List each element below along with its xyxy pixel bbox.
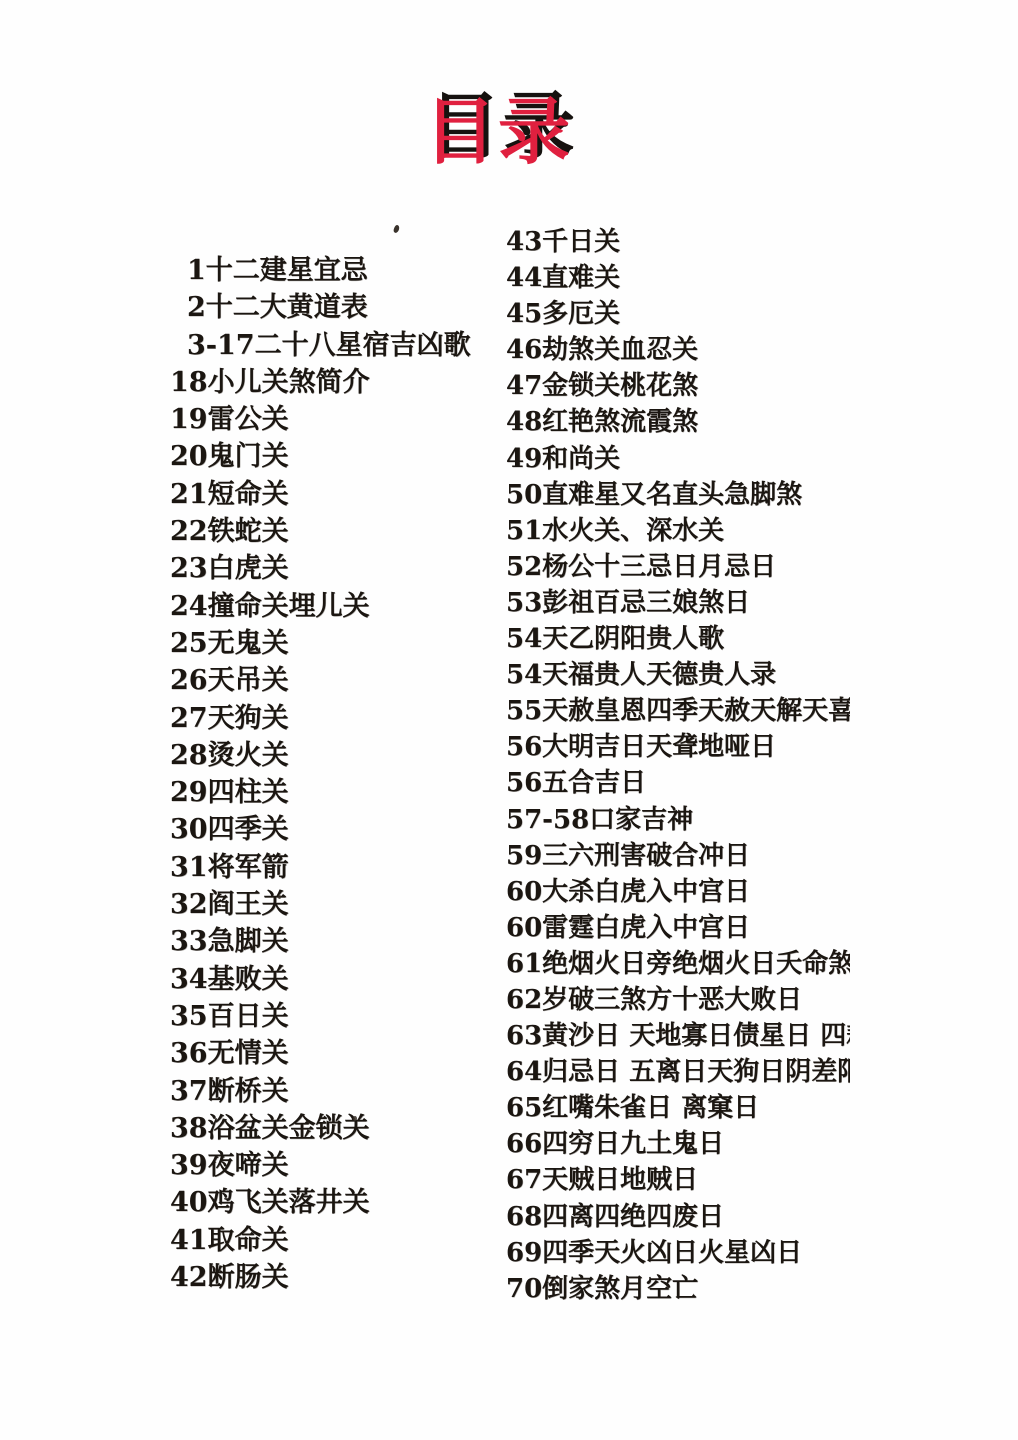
- toc-right-column: 43千日关44直难关45多厄关46劫煞关血忍关47金锁关桃花煞48红艳煞流霞煞4…: [506, 224, 850, 1307]
- toc-entry: 22铁蛇关: [170, 513, 471, 550]
- toc-entry: 27天狗关: [170, 700, 471, 737]
- toc-entry: 59三六刑害破合冲日: [506, 838, 850, 874]
- toc-entry: 37断桥关: [170, 1073, 471, 1110]
- toc-entry: 1十二建星宜忌: [170, 252, 471, 289]
- toc-entry: 54天乙阴阳贵人歌: [506, 621, 850, 657]
- toc-entry: 65红嘴朱雀日 离窠日: [506, 1090, 850, 1126]
- toc-entry: 34基败关: [170, 961, 471, 998]
- toc-entry: 38浴盆关金锁关: [170, 1110, 471, 1147]
- toc-entry: 36无情关: [170, 1035, 471, 1072]
- toc-entry: 60大杀白虎入中宫日: [506, 874, 850, 910]
- toc-entry: 35百日关: [170, 998, 471, 1035]
- toc-entry: 24撞命关埋儿关: [170, 588, 471, 625]
- toc-entry: 40鸡飞关落井关: [170, 1184, 471, 1221]
- toc-entry: 47金锁关桃花煞: [506, 368, 850, 404]
- toc-entry: 52杨公十三忌日月忌日: [506, 549, 850, 585]
- toc-entry: 44直难关: [506, 260, 850, 296]
- toc-entry: 50直难星又名直头急脚煞: [506, 477, 850, 513]
- toc-entry: 63黄沙日 天地寡日债星日 四耗: [506, 1018, 850, 1054]
- scan-speck: [393, 224, 401, 233]
- page-title: 目录 目录: [424, 96, 572, 168]
- toc-entry: 45多厄关: [506, 296, 850, 332]
- toc-entry: 49和尚关: [506, 441, 850, 477]
- toc-entry: 23白虎关: [170, 550, 471, 587]
- toc-entry: 2十二大黄道表: [170, 289, 471, 326]
- toc-entry: 56五合吉日: [506, 765, 850, 801]
- toc-entry: 20鬼门关: [170, 438, 471, 475]
- toc-entry: 25无鬼关: [170, 625, 471, 662]
- toc-entry: 51水火关、深水关: [506, 513, 850, 549]
- toc-entry: 39夜啼关: [170, 1147, 471, 1184]
- toc-entry: 68四离四绝四废日: [506, 1199, 850, 1235]
- toc-entry: 19雷公关: [170, 401, 471, 438]
- scan-speck: [353, 1116, 357, 1121]
- toc-entry: 31将军箭: [170, 849, 471, 886]
- toc-left-column: 1十二建星宜忌2十二大黄道表3-17二十八星宿吉凶歌18小儿关煞简介19雷公关2…: [170, 252, 471, 1296]
- toc-entry: 33急脚关: [170, 923, 471, 960]
- scanned-toc-page: 目录 目录 1十二建星宜忌2十二大黄道表3-17二十八星宿吉凶歌18小儿关煞简介…: [0, 0, 1018, 1440]
- toc-entry: 43千日关: [506, 224, 850, 260]
- page-title-red-layer: 目录: [424, 89, 572, 174]
- toc-entry: 3-17二十八星宿吉凶歌: [170, 327, 471, 364]
- toc-entry: 64归忌日 五离日天狗日阴差阳错: [506, 1054, 850, 1090]
- scan-speck: [278, 895, 281, 899]
- toc-entry: 56大明吉日天聋地哑日: [506, 729, 850, 765]
- toc-entry: 28烫火关: [170, 737, 471, 774]
- toc-entry: 18小儿关煞简介: [170, 364, 471, 401]
- toc-entry: 66四穷日九土鬼日: [506, 1126, 850, 1162]
- toc-entry: 48红艳煞流霞煞: [506, 404, 850, 440]
- toc-entry: 53彭祖百忌三娘煞日: [506, 585, 850, 621]
- toc-entry: 26天吊关: [170, 662, 471, 699]
- toc-entry: 57-58口家吉神: [506, 802, 850, 838]
- toc-entry: 67天贼日地贼日: [506, 1162, 850, 1198]
- toc-entry: 29四柱关: [170, 774, 471, 811]
- toc-entry: 46劫煞关血忍关: [506, 332, 850, 368]
- toc-entry: 62岁破三煞方十恶大败日: [506, 982, 850, 1018]
- toc-entry: 42断肠关: [170, 1259, 471, 1296]
- toc-entry: 30四季关: [170, 811, 471, 848]
- toc-entry: 21短命关: [170, 476, 471, 513]
- toc-entry: 32阎王关: [170, 886, 471, 923]
- toc-entry: 41取命关: [170, 1222, 471, 1259]
- toc-entry: 61绝烟火日旁绝烟火日夭命煞: [506, 946, 850, 982]
- toc-entry: 70倒家煞月空亡: [506, 1271, 850, 1307]
- toc-entry: 69四季天火凶日火星凶日: [506, 1235, 850, 1271]
- toc-entry: 60雷霆白虎入中宫日: [506, 910, 850, 946]
- toc-entry: 54天福贵人天德贵人录: [506, 657, 850, 693]
- toc-entry: 55天赦皇恩四季天赦天解天喜: [506, 693, 850, 729]
